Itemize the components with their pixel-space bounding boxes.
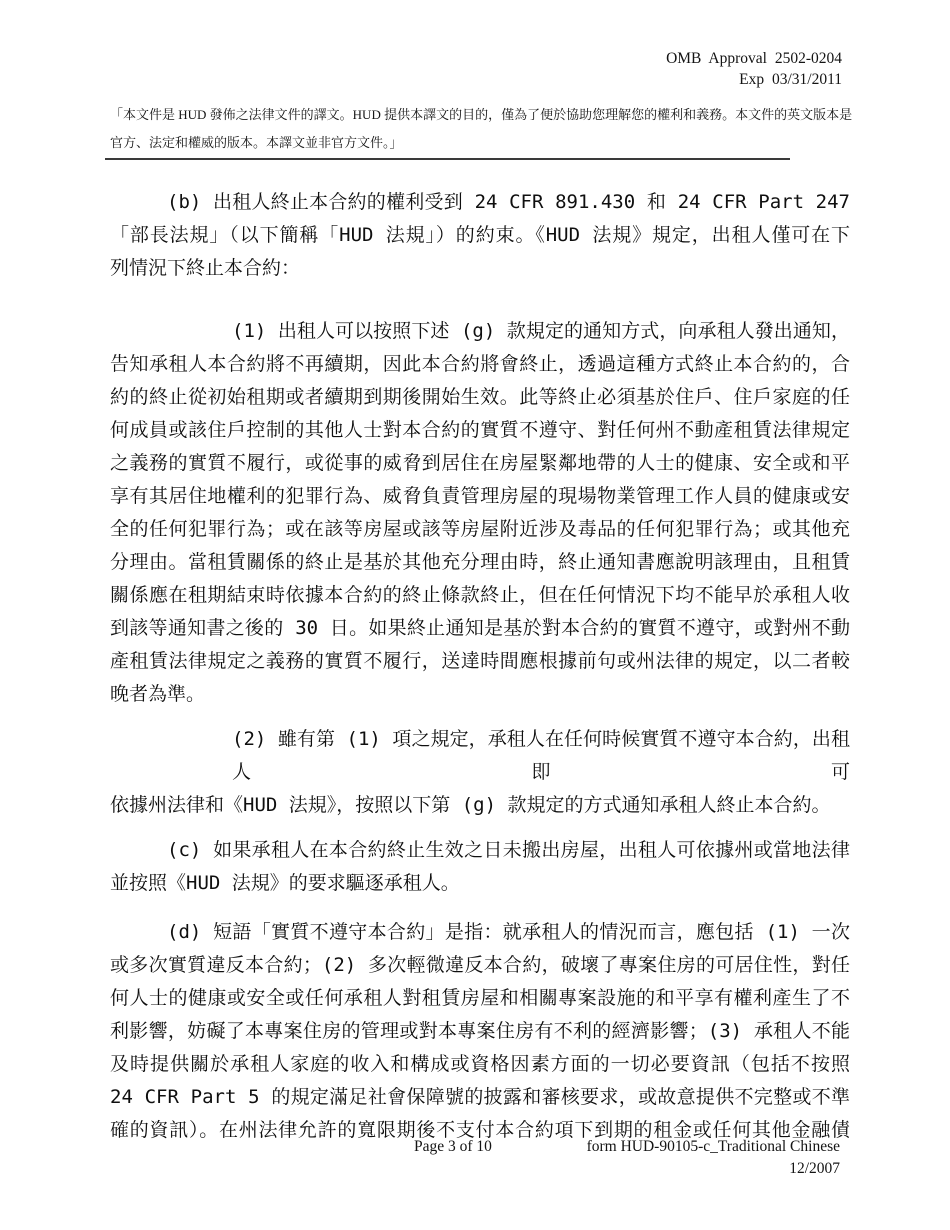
form-date: 12/2007 — [587, 1158, 840, 1180]
text-line: 何成員或該住戶控制的其他人士對本合約的實質不遵守、對任何州不動產租賃法律規定 — [110, 414, 850, 447]
disclaimer-line: 「本文件是 HUD 發佈之法律文件的譯文。HUD 提供本譯文的目的，僅為了便於協… — [110, 101, 855, 129]
text-line: 並按照《HUD 法規》的要求驅逐承租人。 — [110, 867, 850, 900]
text-line: 何人士的健康或安全或任何承租人對租賃房屋和相關專案設施的和平享有權利產生了不 — [110, 982, 850, 1015]
text-line: 依據州法律和《HUD 法規》，按照以下第 (g) 款規定的方式通知承租人終止本合… — [110, 789, 850, 822]
omb-approval-number: OMB Approval 2502-0204 — [666, 48, 842, 69]
text-line: 產租賃法律規定之義務的實質不履行，送達時間應根據前句或州法律的規定，以二者較 — [110, 645, 850, 678]
text-line: (b) 出租人終止本合約的權利受到 24 CFR 891.430 和 24 CF… — [110, 186, 850, 219]
text-line: 關係應在租期結束時依據本合約的終止條款終止，但在任何情況下均不能早於承租人收 — [110, 579, 850, 612]
text-line: 「部長法規」（以下簡稱「HUD 法規」）的約束。《HUD 法規》規定，出租人僅可… — [110, 219, 850, 252]
form-number: form HUD-90105-c_Traditional Chinese — [587, 1136, 840, 1158]
text-line: 及時提供關於承租人家庭的收入和構成或資格因素方面的一切必要資訊（包括不按照 — [110, 1048, 850, 1081]
translation-disclaimer: 「本文件是 HUD 發佈之法律文件的譯文。HUD 提供本譯文的目的，僅為了便於協… — [110, 101, 855, 157]
paragraph-c: (c) 如果承租人在本合約終止生效之日未搬出房屋，出租人可依據州或當地法律 並按… — [110, 834, 850, 900]
paragraph-b2: (2) 雖有第 (1) 項之規定，承租人在任何時候實質不遵守本合約，出租人即可 … — [110, 723, 850, 822]
form-identifier-block: form HUD-90105-c_Traditional Chinese 12/… — [587, 1136, 840, 1180]
text-line: 或多次實質違反本合約；(2) 多次輕微違反本合約，破壞了專案住房的可居住性，對任 — [110, 949, 850, 982]
text-line: 晚者為準。 — [110, 678, 850, 711]
document-page: OMB Approval 2502-0204 Exp 03/31/2011 「本… — [0, 0, 950, 1230]
document-body: (b) 出租人終止本合約的權利受到 24 CFR 891.430 和 24 CF… — [110, 186, 850, 1147]
text-line: 約的終止從初始租期或者續期到期後開始生效。此等終止必須基於住戶、住戶家庭的任 — [110, 381, 850, 414]
text-line: 利影響，妨礙了本專案住房的管理或對本專案住房有不利的經濟影響；(3) 承租人不能 — [110, 1015, 850, 1048]
page-number: Page 3 of 10 — [414, 1136, 492, 1158]
text-line: (2) 雖有第 (1) 項之規定，承租人在任何時候實質不遵守本合約，出租人即可 — [110, 723, 850, 789]
text-line: (c) 如果承租人在本合約終止生效之日未搬出房屋，出租人可依據州或當地法律 — [110, 834, 850, 867]
horizontal-divider — [105, 158, 790, 160]
paragraph-d: (d) 短語「實質不遵守本合約」是指：就承租人的情況而言，應包括 (1) 一次 … — [110, 916, 850, 1147]
omb-expiration-date: Exp 03/31/2011 — [666, 69, 842, 90]
text-line: 之義務的實質不履行，或從事的威脅到居住在房屋緊鄰地帶的人士的健康、安全或和平 — [110, 447, 850, 480]
text-line: 列情況下終止本合約： — [110, 252, 850, 285]
paragraph-b: (b) 出租人終止本合約的權利受到 24 CFR 891.430 和 24 CF… — [110, 186, 850, 285]
text-line: (1) 出租人可以按照下述 (g) 款規定的通知方式，向承租人發出通知， — [110, 315, 850, 348]
text-line: 告知承租人本合約將不再續期，因此本合約將會終止，透過這種方式終止本合約的，合 — [110, 348, 850, 381]
text-line: 24 CFR Part 5 的規定滿足社會保障號的披露和審核要求，或故意提供不完… — [110, 1081, 850, 1114]
paragraph-b1: (1) 出租人可以按照下述 (g) 款規定的通知方式，向承租人發出通知， 告知承… — [110, 315, 850, 711]
disclaimer-line: 官方、法定和權威的版本。本譯文並非官方文件。」 — [110, 129, 855, 157]
text-line: 享有其居住地權利的犯罪行為、威脅負責管理房屋的現場物業管理工作人員的健康或安 — [110, 480, 850, 513]
omb-approval-block: OMB Approval 2502-0204 Exp 03/31/2011 — [666, 48, 842, 90]
text-line: 全的任何犯罪行為；或在該等房屋或該等房屋附近涉及毒品的任何犯罪行為；或其他充 — [110, 513, 850, 546]
text-line: 到該等通知書之後的 30 日。如果終止通知是基於對本合約的實質不遵守，或對州不動 — [110, 612, 850, 645]
text-line: (d) 短語「實質不遵守本合約」是指：就承租人的情況而言，應包括 (1) 一次 — [110, 916, 850, 949]
text-line: 分理由。當租賃關係的終止是基於其他充分理由時，終止通知書應說明該理由，且租賃 — [110, 546, 850, 579]
